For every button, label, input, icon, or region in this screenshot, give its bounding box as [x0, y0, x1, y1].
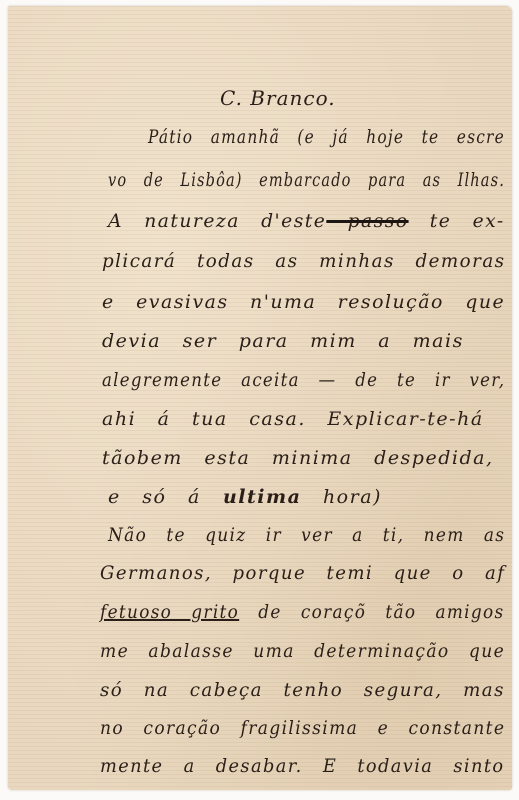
manuscript-page: C. Branco. Pátio amanhã (e já hoje te es…	[8, 6, 512, 790]
line-text: ahi á tua casa. Explicar-te-há	[102, 408, 484, 430]
line-text: só na cabeça tenho segura, mas	[100, 679, 505, 701]
struck-out-word: passo	[326, 210, 408, 232]
handwritten-line: Pátio amanhã (e já hoje te escre	[148, 126, 505, 148]
handwritten-line: tãobem esta minima despedida,	[102, 447, 494, 469]
line-text: devia ser para mim a mais	[102, 330, 464, 352]
line-text: de coraçõ tão amigos	[239, 601, 504, 623]
line-text: e só á	[108, 486, 201, 508]
line-text: plicará todas as minhas demoras	[102, 250, 505, 272]
handwritten-line: me abalasse uma determinação que	[100, 640, 505, 662]
line-text: Germanos, porque temi que o af	[100, 562, 505, 584]
line-text: me abalasse uma determinação que	[100, 640, 505, 662]
line-text: Não te quiz ir ver a ti, nem as	[108, 524, 505, 546]
letter-heading: C. Branco.	[220, 86, 336, 110]
line-text: mente a desabar. E todavia sinto	[100, 755, 505, 777]
handwritten-line: Germanos, porque temi que o af	[100, 562, 505, 584]
line-text: Pátio amanhã (e já hoje te escre	[148, 126, 505, 148]
handwritten-line: plicará todas as minhas demoras	[102, 250, 505, 272]
handwritten-line: Não te quiz ir ver a ti, nem as	[108, 524, 505, 546]
handwritten-line: só na cabeça tenho segura, mas	[100, 679, 505, 701]
handwritten-line: fetuoso grito de coraçõ tão amigos	[100, 601, 505, 623]
handwritten-line: devia ser para mim a mais	[102, 330, 464, 352]
handwritten-line: no coração fragilissima e constante	[100, 717, 505, 739]
handwritten-line: A natureza d'este passo te ex-	[108, 210, 505, 232]
line-text: e evasivas n'uma resolução que	[102, 291, 505, 313]
line-text-continuation: hora)	[301, 486, 382, 508]
line-text: vo de Lisbôa) embarcado para as Ilhas.	[108, 169, 505, 191]
handwritten-line: alegremente aceita — de te ir ver,	[102, 369, 505, 391]
line-text: A natureza d'este	[108, 210, 326, 232]
handwritten-line: mente a desabar. E todavia sinto	[100, 755, 505, 777]
handwritten-line: ahi á tua casa. Explicar-te-há	[102, 408, 484, 430]
line-text-continuation: te ex-	[409, 210, 505, 232]
handwritten-line: e só á ultima hora)	[108, 486, 382, 508]
handwritten-line: e evasivas n'uma resolução que	[102, 291, 505, 313]
underlined-phrase: fetuoso grito	[100, 601, 239, 623]
handwritten-line: vo de Lisbôa) embarcado para as Ilhas.	[108, 169, 505, 191]
line-text: alegremente aceita — de te ir ver,	[102, 369, 505, 391]
line-text: no coração fragilissima e constante	[100, 717, 505, 739]
emphasized-word: ultima	[201, 486, 302, 508]
line-text: tãobem esta minima despedida,	[102, 447, 494, 469]
